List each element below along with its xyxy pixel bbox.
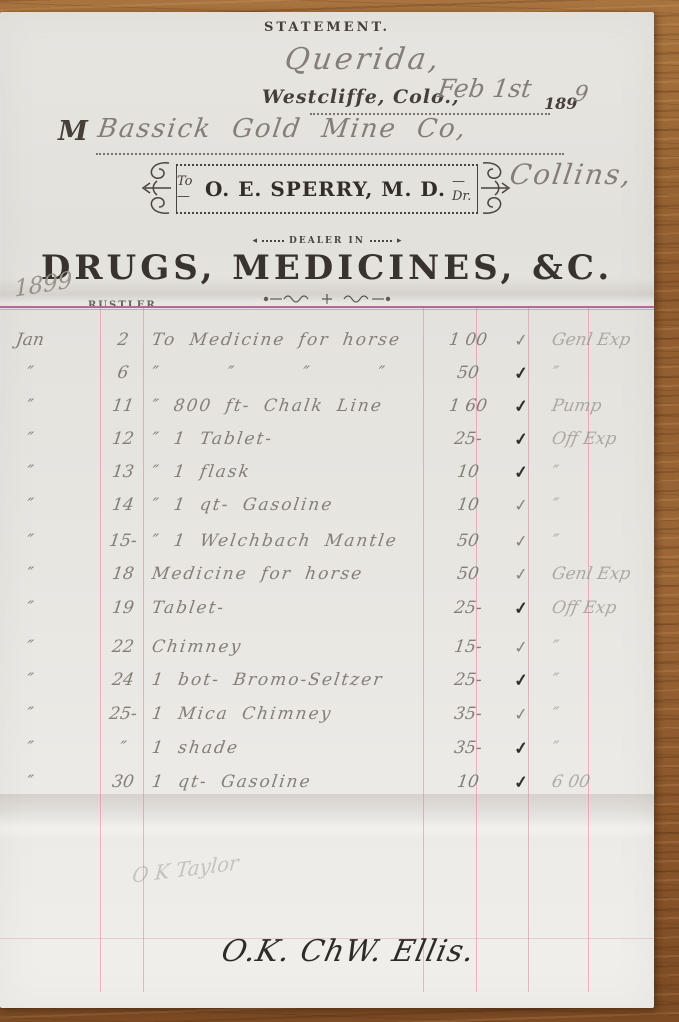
- entry-date: ″: [15, 462, 98, 482]
- year-digit-handwritten: 9: [572, 82, 590, 107]
- entry-day: 14: [99, 495, 148, 515]
- scroll-ornament-right-icon: [478, 160, 512, 216]
- entry-amount: 50: [424, 531, 513, 551]
- ledger-row: ″ ″ 1 shade 35- ✓ ″: [0, 738, 654, 768]
- checkmark-icon: ✓: [513, 668, 547, 691]
- entry-description: ″ 1 qt- Gasoline: [151, 495, 426, 515]
- ledger-row: ″ 12 ″ 1 Tablet- 25- ✓ Off Exp: [0, 429, 654, 459]
- ledger-row: ″ 19 Tablet- 25- ✓ Off Exp: [0, 598, 654, 628]
- entry-amount: 25-: [424, 429, 513, 449]
- entry-day: 6: [99, 363, 148, 383]
- entry-note: ″: [550, 462, 652, 482]
- entry-description: 1 Mica Chimney: [151, 704, 426, 724]
- scroll-ornament-left-icon: [140, 160, 174, 216]
- checkmark-icon: ✓: [513, 493, 547, 516]
- entry-note: Off Exp: [550, 598, 652, 618]
- entry-description: ″ 1 flask: [151, 462, 426, 482]
- checkmark-icon: ✓: [513, 562, 547, 585]
- checkmark-icon: ✓: [513, 635, 547, 658]
- addressee-handwritten: Bassick Gold Mine Co,: [96, 114, 469, 144]
- entry-note: ″: [550, 670, 652, 690]
- ledger-row: ″ 6 ″ ″ ″ ″ 50 ✓ ″: [0, 363, 654, 393]
- ledger-row: ″ 30 1 qt- Gasoline 10 ✓ 6 00: [0, 772, 654, 802]
- entry-day: 24: [99, 670, 148, 690]
- entry-note: Genl Exp: [550, 330, 652, 350]
- photo-of-statement: { "header": { "statement_label": "STATEM…: [0, 0, 679, 1022]
- entry-description: Chimney: [151, 637, 426, 657]
- entry-description: 1 shade: [151, 738, 426, 758]
- banner-to-label: To—: [177, 174, 199, 204]
- faint-signature: O K Taylor: [131, 850, 239, 887]
- entry-note: ″: [550, 704, 652, 724]
- ledger-row: ″ 25- 1 Mica Chimney 35- ✓ ″: [0, 704, 654, 734]
- approval-signature: O.K. ChW. Ellis.: [218, 934, 478, 969]
- checkmark-icon: ✓: [513, 328, 547, 351]
- paper: STATEMENT. Querida, Westcliffe, Colo., F…: [0, 12, 654, 1008]
- entry-date: ″: [15, 429, 98, 449]
- checkmark-icon: ✓: [513, 770, 547, 793]
- entry-description: Tablet-: [151, 598, 426, 618]
- doctor-banner: To— O. E. SPERRY, M. D. —Dr.: [176, 164, 478, 214]
- dealer-in-label: DEALER IN: [289, 236, 365, 246]
- entry-date: ″: [15, 670, 98, 690]
- banner-dr-label: —Dr.: [452, 174, 477, 204]
- entry-description: 1 qt- Gasoline: [151, 772, 426, 792]
- entry-description: ″ 1 Tablet-: [151, 429, 426, 449]
- entry-date: ″: [15, 495, 98, 515]
- entry-note: ″: [550, 738, 652, 758]
- entry-day: 30: [99, 772, 148, 792]
- entry-note: Off Exp: [550, 429, 652, 449]
- entry-note: 6 00: [550, 772, 652, 792]
- entry-date: ″: [15, 598, 98, 618]
- checkmark-icon: ✓: [513, 394, 547, 417]
- entry-note: ″: [550, 531, 652, 551]
- entry-day: ″: [99, 738, 148, 758]
- entry-amount: 35-: [424, 738, 513, 758]
- addressee-prefix: M: [58, 116, 88, 147]
- checkmark-icon: ✓: [513, 460, 547, 483]
- entry-amount: 25-: [424, 598, 513, 618]
- entry-amount: 25-: [424, 670, 513, 690]
- entry-date: ″: [15, 772, 98, 792]
- entry-day: 25-: [99, 704, 148, 724]
- entry-amount: 50: [424, 564, 513, 584]
- place-printed: Westcliffe, Colo.,: [262, 86, 460, 108]
- entry-description: 1 bot- Bromo-Seltzer: [151, 670, 426, 690]
- ledger-row: ″ 15- ″ 1 Welchbach Mantle 50 ✓ ″: [0, 531, 654, 561]
- entry-day: 11: [99, 396, 148, 416]
- entry-note: ″: [550, 495, 652, 515]
- date-handwritten: Feb 1st: [436, 74, 534, 103]
- entry-amount: 50: [424, 363, 513, 383]
- entry-amount: 10: [424, 462, 513, 482]
- entry-date: ″: [15, 363, 98, 383]
- entry-description: ″ 800 ft- Chalk Line: [151, 396, 426, 416]
- dealer-dots-left: [262, 240, 284, 242]
- checkmark-icon: ✓: [513, 361, 547, 384]
- dealer-dots-right: [370, 240, 392, 242]
- entry-day: 18: [99, 564, 148, 584]
- checkmark-icon: ✓: [513, 702, 547, 725]
- entry-note: Genl Exp: [550, 564, 652, 584]
- ledger-row: ″ 14 ″ 1 qt- Gasoline 10 ✓ ″: [0, 495, 654, 525]
- entry-amount: 1 60: [424, 396, 513, 416]
- entry-description: ″ ″ ″ ″: [151, 363, 426, 383]
- entry-day: 13: [99, 462, 148, 482]
- checkmark-icon: ✓: [513, 529, 547, 552]
- ledger-row: ″ 11 ″ 800 ft- Chalk Line 1 60 ✓ Pump: [0, 396, 654, 426]
- entry-note: ″: [550, 637, 652, 657]
- entry-description: ″ 1 Welchbach Mantle: [151, 531, 426, 551]
- entry-date: ″: [15, 738, 98, 758]
- dealer-arrow-right-icon: ▸: [397, 237, 402, 246]
- town-handwritten: Querida,: [283, 42, 444, 77]
- entry-day: 12: [99, 429, 148, 449]
- ledger-row: ″ 22 Chimney 15- ✓ ″: [0, 637, 654, 667]
- entry-note: ″: [550, 363, 652, 383]
- entry-date: ″: [15, 564, 98, 584]
- entry-amount: 35-: [424, 704, 513, 724]
- entry-date: ″: [15, 637, 98, 657]
- checkmark-icon: ✓: [513, 427, 547, 450]
- addressee-dotted-rule: [96, 152, 564, 155]
- entry-description: Medicine for horse: [151, 564, 426, 584]
- entry-date: ″: [15, 396, 98, 416]
- ledger-row: ″ 18 Medicine for horse 50 ✓ Genl Exp: [0, 564, 654, 594]
- dealer-in-line: ◂ DEALER IN ▸: [0, 236, 654, 246]
- statement-label: STATEMENT.: [0, 20, 654, 35]
- entry-day: 22: [99, 637, 148, 657]
- banner-handwritten-name: Collins,: [508, 158, 635, 191]
- entry-note: Pump: [550, 396, 652, 416]
- dealer-arrow-left-icon: ◂: [253, 237, 258, 246]
- checkmark-icon: ✓: [513, 596, 547, 619]
- entry-amount: 10: [424, 495, 513, 515]
- entry-day: 19: [99, 598, 148, 618]
- entry-date: Jan: [15, 330, 98, 350]
- checkmark-icon: ✓: [513, 736, 547, 759]
- entry-amount: 1 00: [424, 330, 513, 350]
- entry-amount: 15-: [424, 637, 513, 657]
- entry-date: ″: [15, 531, 98, 551]
- doctor-name: O. E. SPERRY, M. D.: [205, 177, 446, 201]
- entry-date: ″: [15, 704, 98, 724]
- ledger-row: Jan 2 To Medicine for horse 1 00 ✓ Genl …: [0, 330, 654, 360]
- ledger-row: ″ 24 1 bot- Bromo-Seltzer 25- ✓ ″: [0, 670, 654, 700]
- entry-description: To Medicine for horse: [151, 330, 426, 350]
- entry-day: 2: [99, 330, 148, 350]
- fold-crease-top: [0, 278, 654, 308]
- entry-amount: 10: [424, 772, 513, 792]
- entry-day: 15-: [99, 531, 148, 551]
- ledger-row: ″ 13 ″ 1 flask 10 ✓ ″: [0, 462, 654, 492]
